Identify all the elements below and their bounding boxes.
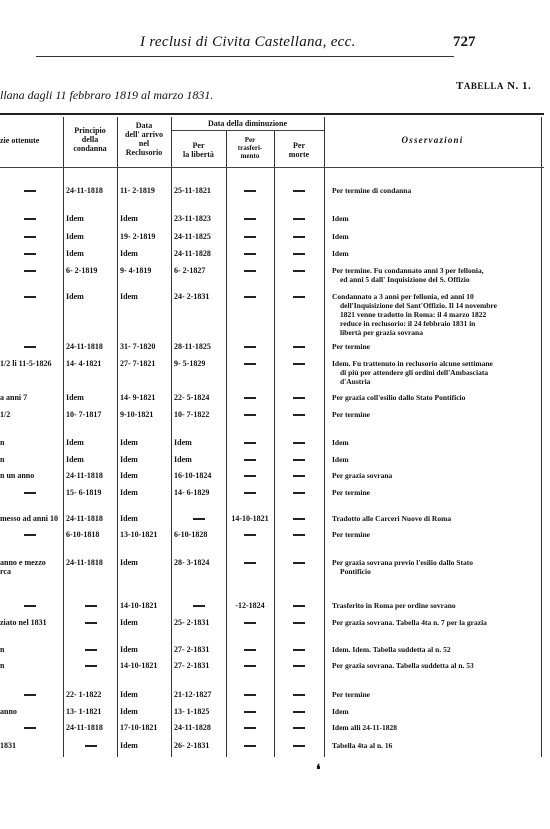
cell-grazie: a anni 7 xyxy=(0,393,60,402)
cell-arrivo: 14-10-1821 xyxy=(120,661,170,670)
dash-mark xyxy=(293,475,305,477)
header-text: Osservazioni xyxy=(402,135,464,145)
cell-trasferimento xyxy=(226,342,274,351)
cell-principio: 15- 6-1819 xyxy=(66,488,116,497)
cell-grazie xyxy=(0,292,60,301)
obs-line: libertà per grazia sovrana xyxy=(332,328,538,337)
cell-arrivo: Idem xyxy=(120,741,170,750)
cell-morte xyxy=(274,723,324,732)
cell-liberta: 13- 1-1825 xyxy=(174,707,224,716)
cell-liberta: 6-10-1828 xyxy=(174,530,224,539)
cell-grazie xyxy=(0,214,60,223)
dash-mark xyxy=(293,622,305,624)
cell-liberta: 27- 2-1831 xyxy=(174,645,224,654)
running-head: I reclusi di Civita Castellana, ecc. 727 xyxy=(0,34,550,56)
cell-liberta: 28-11-1825 xyxy=(174,342,224,351)
cell-trasferimento xyxy=(226,471,274,480)
cell-grazie: n xyxy=(0,645,60,654)
dash-mark xyxy=(293,270,305,272)
cell-liberta: Idem xyxy=(174,438,224,447)
cell-morte xyxy=(274,707,324,716)
cell-principio: 14- 4-1821 xyxy=(66,359,116,368)
obs-line: Per grazia sovrana. Tabella suddetta al … xyxy=(332,661,538,670)
header-arrivo: Data dell' arrivo nel Reclusorio xyxy=(117,121,171,157)
obs-line: Idem. Idem. Tabella suddetta al n. 52 xyxy=(332,645,538,654)
header-principio: Principio della condanna xyxy=(63,126,117,153)
obs-line: Idem xyxy=(332,455,538,464)
cell-grazie xyxy=(0,488,60,497)
dash-mark xyxy=(244,442,256,444)
obs-line: Idem xyxy=(332,214,538,223)
cell-grazie: 1/2 li 11-5-1826 xyxy=(0,359,60,368)
cell-grazie xyxy=(0,530,60,539)
cell-osservazioni: Idem. Idem. Tabella suddetta al n. 52 xyxy=(332,645,538,654)
col-divider xyxy=(324,117,325,757)
header-bottom-rule xyxy=(0,167,544,168)
dash-mark xyxy=(293,649,305,651)
dash-mark xyxy=(293,694,305,696)
cell-arrivo: Idem xyxy=(120,645,170,654)
cell-trasferimento xyxy=(226,741,274,750)
cell-liberta: Idem xyxy=(174,455,224,464)
cell-trasferimento xyxy=(226,488,274,497)
dash-mark xyxy=(293,711,305,713)
cell-grazie: ziato nel 1831 xyxy=(0,618,60,627)
cell-osservazioni: Tradotto alle Carceri Nuove di Roma xyxy=(332,514,538,523)
dash-mark xyxy=(244,218,256,220)
dash-mark xyxy=(24,270,36,272)
dash-mark xyxy=(24,492,36,494)
dash-mark xyxy=(244,475,256,477)
header-grazie-text: zie ottenute xyxy=(0,136,39,145)
cell-morte xyxy=(274,232,324,241)
obs-line: Per termine xyxy=(332,488,538,497)
dash-mark xyxy=(293,534,305,536)
cell-grazie xyxy=(0,601,60,610)
cell-morte xyxy=(274,601,324,610)
dash-mark xyxy=(293,442,305,444)
cell-arrivo: 14-10-1821 xyxy=(120,601,170,610)
cell-grazie: n un anno xyxy=(0,471,60,480)
dash-mark xyxy=(24,236,36,238)
cell-grazie xyxy=(0,232,60,241)
cell-osservazioni: Idem xyxy=(332,214,538,223)
cell-trasferimento xyxy=(226,707,274,716)
cell-grazie: n xyxy=(0,661,60,670)
cell-grazie xyxy=(0,186,60,195)
obs-line: Tabella 4ta al n. 16 xyxy=(332,741,538,750)
cell-arrivo: Idem xyxy=(120,292,170,301)
cell-grazie xyxy=(0,723,60,732)
obs-line: Idem. Fu trattenuto in reclusorio alcune… xyxy=(332,359,538,368)
header-text: Data xyxy=(117,121,171,130)
cell-osservazioni: Idem xyxy=(332,455,538,464)
cell-osservazioni: Per grazia sovrana. Tabella suddetta al … xyxy=(332,661,538,670)
header-text: Per xyxy=(226,136,274,144)
cell-grazie xyxy=(0,249,60,258)
dash-mark xyxy=(244,190,256,192)
cell-grazie xyxy=(0,342,60,351)
dash-mark xyxy=(293,492,305,494)
dash-mark xyxy=(293,397,305,399)
cell-arrivo: Idem xyxy=(120,438,170,447)
cell-principio: 24-11-1818 xyxy=(66,514,116,523)
cell-osservazioni: Idem. Fu trattenuto in reclusorio alcune… xyxy=(332,359,538,386)
cell-trasferimento: -12-1824 xyxy=(226,601,274,610)
cell-arrivo: Idem xyxy=(120,455,170,464)
cell-morte xyxy=(274,741,324,750)
header-liberta: Per la libertà xyxy=(171,141,226,159)
cell-arrivo: 9- 4-1819 xyxy=(120,266,170,275)
cell-osservazioni: Per grazia sovrana xyxy=(332,471,538,480)
cell-liberta: 16-10-1824 xyxy=(174,471,224,480)
cell-morte xyxy=(274,214,324,223)
cell-morte xyxy=(274,438,324,447)
header-text: Per xyxy=(171,141,226,150)
cell-principio: 10- 7-1817 xyxy=(66,410,116,419)
cell-trasferimento xyxy=(226,214,274,223)
dash-mark xyxy=(244,711,256,713)
cell-arrivo: 11- 2-1819 xyxy=(120,186,170,195)
table-label: TABELLA N. 1. xyxy=(456,80,531,92)
cell-morte xyxy=(274,558,324,567)
cell-liberta xyxy=(174,514,224,523)
dash-mark xyxy=(293,727,305,729)
footnote-mark: ❛ xyxy=(316,762,321,778)
cell-osservazioni: Idem xyxy=(332,438,538,447)
dash-mark xyxy=(85,622,97,624)
dash-mark xyxy=(24,218,36,220)
dash-mark xyxy=(293,562,305,564)
cell-liberta: 27- 2-1831 xyxy=(174,661,224,670)
running-title: I reclusi di Civita Castellana, ecc. xyxy=(140,34,356,51)
header-text: Per xyxy=(274,141,324,150)
dash-mark xyxy=(193,605,205,607)
obs-line: Condannato a 3 anni per fellonia, ed ann… xyxy=(332,292,538,301)
cell-morte xyxy=(274,266,324,275)
header-grazie: zie ottenute xyxy=(0,136,60,145)
cell-liberta: 6- 2-1827 xyxy=(174,266,224,275)
cell-principio: Idem xyxy=(66,292,116,301)
cell-trasferimento xyxy=(226,723,274,732)
cell-osservazioni: Per grazia coll'esilio dallo Stato Ponti… xyxy=(332,393,538,402)
cell-osservazioni: Per termine xyxy=(332,690,538,699)
cell-arrivo: Idem xyxy=(120,514,170,523)
cell-osservazioni: Per termine xyxy=(332,530,538,539)
cell-morte xyxy=(274,249,324,258)
cell-liberta: 23-11-1823 xyxy=(174,214,224,223)
cell-trasferimento xyxy=(226,359,274,368)
cell-principio: 24-11-1818 xyxy=(66,558,116,567)
obs-line: Idem xyxy=(332,707,538,716)
cell-grazie: anno xyxy=(0,707,60,716)
cell-trasferimento xyxy=(226,558,274,567)
cell-trasferimento xyxy=(226,292,274,301)
cell-morte xyxy=(274,645,324,654)
dash-mark xyxy=(24,727,36,729)
cell-liberta: 28- 3-1824 xyxy=(174,558,224,567)
cell-principio: 22- 1-1822 xyxy=(66,690,116,699)
header-morte: Per morte xyxy=(274,141,324,159)
cell-principio xyxy=(66,661,116,670)
cell-trasferimento xyxy=(226,645,274,654)
cell-principio xyxy=(66,618,116,627)
cell-arrivo: 14- 9-1821 xyxy=(120,393,170,402)
dash-mark xyxy=(24,694,36,696)
obs-line: Trasferito in Roma per ordine sovrano xyxy=(332,601,538,610)
dash-mark xyxy=(193,518,205,520)
cell-arrivo: Idem xyxy=(120,214,170,223)
dash-mark xyxy=(24,253,36,255)
obs-line: Idem xyxy=(332,249,538,258)
cell-principio: Idem xyxy=(66,214,116,223)
obs-line: Per termine di condanna xyxy=(332,186,538,195)
cell-morte xyxy=(274,530,324,539)
cell-arrivo: Idem xyxy=(120,707,170,716)
cell-grazie: n xyxy=(0,438,60,447)
dash-mark xyxy=(293,605,305,607)
cell-trasferimento xyxy=(226,410,274,419)
header-text: morte xyxy=(274,150,324,159)
cell-principio xyxy=(66,741,116,750)
cell-morte xyxy=(274,618,324,627)
col-divider xyxy=(171,117,172,757)
header-text: Reclusorio xyxy=(117,148,171,157)
obs-line: reduce in reclusorio: il 24 febbraio 183… xyxy=(332,319,538,328)
dash-mark xyxy=(244,562,256,564)
cell-principio: Idem xyxy=(66,455,116,464)
cell-osservazioni: Idem alli 24-11-1828 xyxy=(332,723,538,732)
cell-grazie: n xyxy=(0,455,60,464)
dash-mark xyxy=(293,296,305,298)
cell-trasferimento xyxy=(226,266,274,275)
cell-arrivo: Idem xyxy=(120,249,170,258)
cell-trasferimento xyxy=(226,249,274,258)
cell-morte xyxy=(274,186,324,195)
obs-line: Per grazia sovrana. Tabella 4ta n. 7 per… xyxy=(332,618,538,627)
header-text: mento xyxy=(226,152,274,160)
cell-trasferimento xyxy=(226,618,274,627)
dash-mark xyxy=(244,492,256,494)
dash-mark xyxy=(293,665,305,667)
dash-mark xyxy=(24,605,36,607)
header-osservazioni: Osservazioni xyxy=(324,136,541,145)
cell-osservazioni: Per grazia sovrana. Tabella 4ta n. 7 per… xyxy=(332,618,538,627)
header-diminuzione: Data della diminuzione xyxy=(171,119,324,128)
cell-principio: Idem xyxy=(66,438,116,447)
cell-trasferimento xyxy=(226,690,274,699)
dash-mark xyxy=(244,649,256,651)
subheader-rule xyxy=(171,130,324,131)
dash-mark xyxy=(24,190,36,192)
cell-liberta: 21-12-1827 xyxy=(174,690,224,699)
cell-grazie xyxy=(0,690,60,699)
obs-line: Idem xyxy=(332,438,538,447)
cell-liberta: 24-11-1825 xyxy=(174,232,224,241)
dash-mark xyxy=(244,346,256,348)
obs-line: 1821 venne tradotto in Roma: il 4 marzo … xyxy=(332,310,538,319)
cell-liberta: 22- 5-1824 xyxy=(174,393,224,402)
dash-mark xyxy=(293,218,305,220)
cell-arrivo: 9-10-1821 xyxy=(120,410,170,419)
cell-arrivo: 31- 7-1820 xyxy=(120,342,170,351)
dash-mark xyxy=(244,694,256,696)
cell-liberta: 24-11-1828 xyxy=(174,249,224,258)
cell-principio: Idem xyxy=(66,393,116,402)
cell-arrivo: Idem xyxy=(120,618,170,627)
obs-line: Tradotto alle Carceri Nuove di Roma xyxy=(332,514,538,523)
dash-mark xyxy=(244,745,256,747)
obs-line: Per grazia coll'esilio dallo Stato Ponti… xyxy=(332,393,538,402)
dash-mark xyxy=(24,534,36,536)
cell-principio xyxy=(66,601,116,610)
cell-grazie: anno e mezzo rca xyxy=(0,558,60,576)
cell-osservazioni: Per termine. Fu condannato anni 3 per fe… xyxy=(332,266,538,284)
header-text: condanna xyxy=(63,144,117,153)
obs-line: Per termine xyxy=(332,342,538,351)
dash-mark xyxy=(244,459,256,461)
table-label-smallcaps: ABELLA xyxy=(464,81,504,91)
cell-osservazioni: Idem xyxy=(332,249,538,258)
obs-line: d'Austria xyxy=(332,377,538,386)
dash-mark xyxy=(24,346,36,348)
cell-grazie: 1831 xyxy=(0,741,60,750)
dash-mark xyxy=(244,534,256,536)
cell-arrivo: Idem xyxy=(120,690,170,699)
dash-mark xyxy=(293,745,305,747)
cell-arrivo: Idem xyxy=(120,471,170,480)
cell-trasferimento xyxy=(226,455,274,464)
dash-mark xyxy=(244,665,256,667)
cell-arrivo: 27- 7-1821 xyxy=(120,359,170,368)
dash-mark xyxy=(24,296,36,298)
dash-mark xyxy=(85,605,97,607)
cell-morte xyxy=(274,292,324,301)
cell-trasferimento xyxy=(226,232,274,241)
obs-line: dell'Inquisizione del Sant'Offizio. Il 1… xyxy=(332,301,538,310)
dash-mark xyxy=(293,236,305,238)
cell-morte xyxy=(274,393,324,402)
dash-mark xyxy=(293,459,305,461)
obs-line: Pontificio xyxy=(332,567,538,576)
obs-line: Per termine. Fu condannato anni 3 per fe… xyxy=(332,266,538,275)
cell-liberta: 10- 7-1822 xyxy=(174,410,224,419)
page-number: 727 xyxy=(453,34,476,51)
dash-mark xyxy=(85,649,97,651)
cell-morte xyxy=(274,455,324,464)
cell-liberta: 25- 2-1831 xyxy=(174,618,224,627)
cell-liberta: 26- 2-1831 xyxy=(174,741,224,750)
dash-mark xyxy=(85,665,97,667)
cell-osservazioni: Per grazia sovrana previo l'esilio dallo… xyxy=(332,558,538,576)
dash-mark xyxy=(293,190,305,192)
cell-arrivo: Idem xyxy=(120,558,170,567)
obs-line: ed anni 5 dall' Inquisizione del S. Offi… xyxy=(332,275,538,284)
cell-trasferimento: 14-10-1821 xyxy=(226,514,274,523)
dash-mark xyxy=(244,236,256,238)
cell-principio: Idem xyxy=(66,249,116,258)
cell-osservazioni: Trasferito in Roma per ordine sovrano xyxy=(332,601,538,610)
header-text: Data della diminuzione xyxy=(208,119,287,128)
cell-morte xyxy=(274,488,324,497)
dash-mark xyxy=(244,363,256,365)
cell-osservazioni: Idem xyxy=(332,707,538,716)
cell-principio: 24-11-1818 xyxy=(66,723,116,732)
dash-mark xyxy=(244,622,256,624)
cell-liberta: 24-11-1828 xyxy=(174,723,224,732)
obs-line: Per grazia sovrana xyxy=(332,471,538,480)
dash-mark xyxy=(244,296,256,298)
cell-liberta: 14- 6-1829 xyxy=(174,488,224,497)
cell-morte xyxy=(274,471,324,480)
dash-mark xyxy=(244,270,256,272)
cell-osservazioni: Per termine xyxy=(332,342,538,351)
header-text: della xyxy=(63,135,117,144)
cell-osservazioni: Per termine xyxy=(332,488,538,497)
cell-liberta xyxy=(174,601,224,610)
cell-arrivo: Idem xyxy=(120,488,170,497)
col-divider xyxy=(541,117,542,757)
cell-arrivo: 13-10-1821 xyxy=(120,530,170,539)
obs-line: Per termine xyxy=(332,410,538,419)
obs-line: Idem xyxy=(332,232,538,241)
col-divider xyxy=(117,117,118,757)
cell-principio: 24-11-1818 xyxy=(66,471,116,480)
cell-grazie: messo ad anni 10 xyxy=(0,514,60,523)
dash-mark xyxy=(293,414,305,416)
dash-mark xyxy=(244,253,256,255)
cell-osservazioni: Per termine di condanna xyxy=(332,186,538,195)
cell-principio: Idem xyxy=(66,232,116,241)
cell-morte xyxy=(274,690,324,699)
dash-mark xyxy=(244,727,256,729)
cell-morte xyxy=(274,410,324,419)
header-text: nel xyxy=(117,139,171,148)
cell-principio: 13- 1-1821 xyxy=(66,707,116,716)
cell-grazie: 1/2 xyxy=(0,410,60,419)
dash-mark xyxy=(85,745,97,747)
cell-arrivo: 17-10-1821 xyxy=(120,723,170,732)
header-text: la libertà xyxy=(171,150,226,159)
cell-osservazioni: Tabella 4ta al n. 16 xyxy=(332,741,538,750)
header-rule xyxy=(36,56,454,57)
cell-trasferimento xyxy=(226,393,274,402)
cell-principio xyxy=(66,645,116,654)
cell-grazie xyxy=(0,266,60,275)
table-top-rule xyxy=(0,113,544,115)
cell-arrivo: 19- 2-1819 xyxy=(120,232,170,241)
cell-liberta: 24- 2-1831 xyxy=(174,292,224,301)
cell-osservazioni: Condannato a 3 anni per fellonia, ed ann… xyxy=(332,292,538,337)
cell-principio: 24-11-1818 xyxy=(66,342,116,351)
col-divider xyxy=(63,117,64,757)
obs-line: di più per attendere gli ordini dell'Amb… xyxy=(332,368,538,377)
cell-principio: 6-10-1818 xyxy=(66,530,116,539)
cell-principio: 24-11-1818 xyxy=(66,186,116,195)
cell-liberta: 9- 5-1829 xyxy=(174,359,224,368)
obs-line: Per grazia sovrana previo l'esilio dallo… xyxy=(332,558,538,567)
table-caption: llana dagli 11 febbraro 1819 al marzo 18… xyxy=(0,88,213,103)
cell-principio: 6- 2-1819 xyxy=(66,266,116,275)
header-text: dell' arrivo xyxy=(117,130,171,139)
obs-line: Per termine xyxy=(332,690,538,699)
obs-line: Idem alli 24-11-1828 xyxy=(332,723,538,732)
dash-mark xyxy=(293,363,305,365)
table-label-prefix: T xyxy=(456,80,464,92)
cell-trasferimento xyxy=(226,186,274,195)
header-text: Principio xyxy=(63,126,117,135)
cell-morte xyxy=(274,661,324,670)
